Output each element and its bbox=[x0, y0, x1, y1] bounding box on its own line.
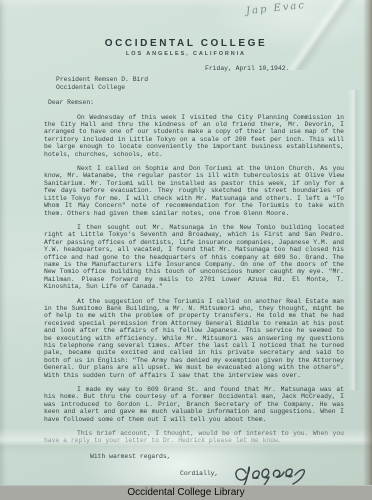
recipient-organization: Occidental College bbox=[56, 84, 372, 91]
caption-text: Occidental College Library bbox=[127, 487, 244, 498]
salutation: Dear Remsen: bbox=[48, 99, 372, 106]
paragraph: On Wednesday of this week I visited the … bbox=[44, 114, 344, 158]
paragraph: I made my way to 609 Grand St. and found… bbox=[44, 386, 344, 423]
scanned-letter-page: Jap Evac OCCIDENTAL COLLEGE LOS ANGELES,… bbox=[0, 0, 372, 500]
recipient-block: President Remsen D. Bird Occidental Coll… bbox=[56, 76, 372, 91]
caption-bar: Occidental College Library bbox=[0, 485, 372, 500]
recipient-name: President Remsen D. Bird bbox=[56, 76, 372, 83]
closing-cordially: Cordially, bbox=[180, 470, 218, 477]
paper-crease-bottom bbox=[0, 420, 372, 460]
paragraph: Next I called on Sophie and Don Toriumi … bbox=[44, 165, 344, 217]
paper-edge-shadow bbox=[363, 0, 372, 500]
paragraph: At the suggestion of the Toriumis I call… bbox=[44, 298, 344, 379]
paragraph: I then sought out Mr. Matsunaga in the N… bbox=[44, 224, 344, 291]
letter-body: On Wednesday of this week I visited the … bbox=[0, 114, 372, 445]
letter-paper: Jap Evac OCCIDENTAL COLLEGE LOS ANGELES,… bbox=[0, 0, 372, 500]
